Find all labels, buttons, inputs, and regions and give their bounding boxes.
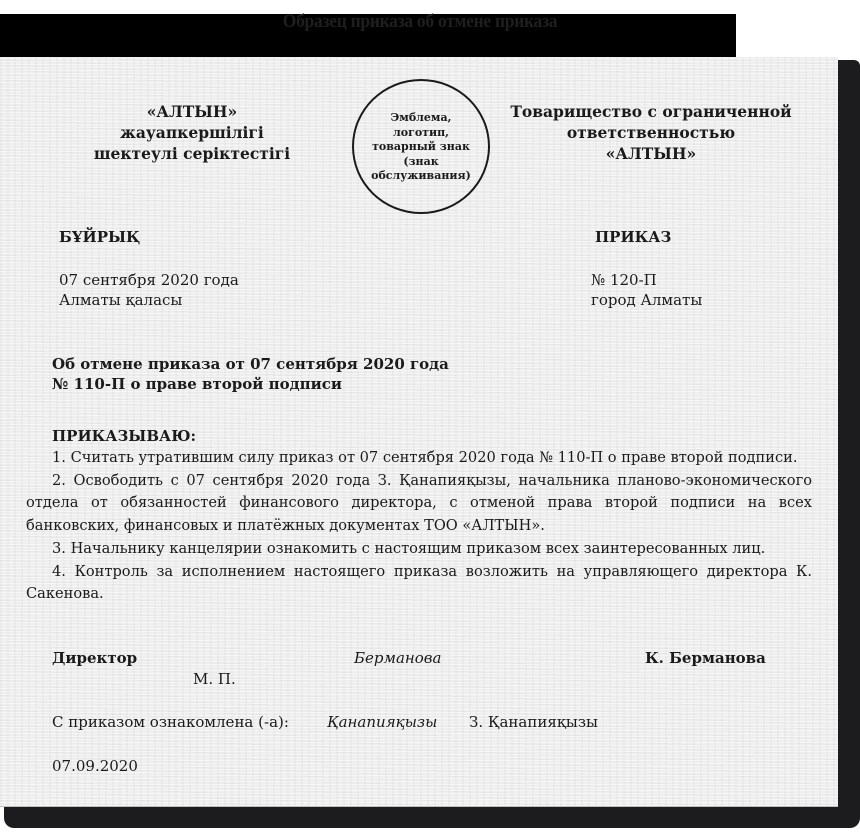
emblem-line: обслуживания): [361, 169, 481, 184]
doc-type-russian: ПРИКАЗ: [595, 227, 671, 248]
emblem-line: (знак: [361, 155, 481, 170]
order-item: 1. Считать утратившим силу приказ от 07 …: [26, 447, 812, 470]
banner-title: Образец приказа об отмене приказа: [34, 14, 807, 30]
seal-mark: М. П.: [193, 669, 236, 690]
org-name-ru-line: ответственностью: [508, 122, 794, 143]
emblem-placeholder: Эмблема, логотип, товарный знак (знак об…: [352, 79, 490, 214]
org-name-kz-line: жауапкершілігі: [92, 122, 292, 143]
acknowledgement-date: 07.09.2020: [52, 756, 138, 777]
order-body: 1. Считать утратившим силу приказ от 07 …: [26, 447, 812, 606]
emblem-line: логотип,: [361, 126, 481, 141]
emblem-line: товарный знак: [361, 140, 481, 155]
emblem-label: Эмблема, логотип, товарный знак (знак об…: [361, 111, 481, 184]
org-name-ru-line: «АЛТЫН»: [508, 143, 794, 164]
order-item: 4. Контроль за исполнением настоящего пр…: [26, 561, 812, 606]
acknowledgement-handwritten: Қанапияқызы: [327, 712, 437, 733]
org-name-ru-line: Товарищество с ограниченной: [508, 101, 794, 122]
title-banner: Образец приказа об отмене приказа: [0, 14, 736, 57]
order-place-russian: город Алматы: [591, 290, 702, 311]
org-name-kz-line: «АЛТЫН»: [92, 101, 292, 122]
subject-line-1: Об отмене приказа от 07 сентября 2020 го…: [52, 354, 449, 375]
order-item: 3. Начальнику канцелярии ознакомить с на…: [26, 538, 812, 561]
subject-line-2: № 110-П о праве второй подписи: [52, 374, 342, 395]
order-number: № 120-П: [591, 270, 657, 291]
order-item: 2. Освободить с 07 сентября 2020 года З.…: [26, 470, 812, 538]
org-name-russian: Товарищество с ограниченной ответственно…: [508, 101, 794, 164]
order-heading: ПРИКАЗЫВАЮ:: [52, 426, 196, 447]
emblem-line: Эмблема,: [361, 111, 481, 126]
signatory-name: К. Берманова: [645, 648, 766, 669]
order-date: 07 сентября 2020 года: [59, 270, 239, 291]
signature-handwritten: Берманова: [354, 648, 441, 669]
org-name-kz-line: шектеулі серіктестігі: [92, 143, 292, 164]
signatory-title: Директор: [52, 648, 137, 669]
acknowledgement-name: З. Қанапияқызы: [469, 712, 598, 733]
acknowledgement-label: С приказом ознакомлена (-а):: [52, 712, 289, 733]
org-name-kazakh: «АЛТЫН» жауапкершілігі шектеулі серіктес…: [92, 101, 292, 164]
order-place-kazakh: Алматы қаласы: [59, 290, 182, 311]
doc-type-kazakh: БҰЙРЫҚ: [59, 227, 140, 248]
